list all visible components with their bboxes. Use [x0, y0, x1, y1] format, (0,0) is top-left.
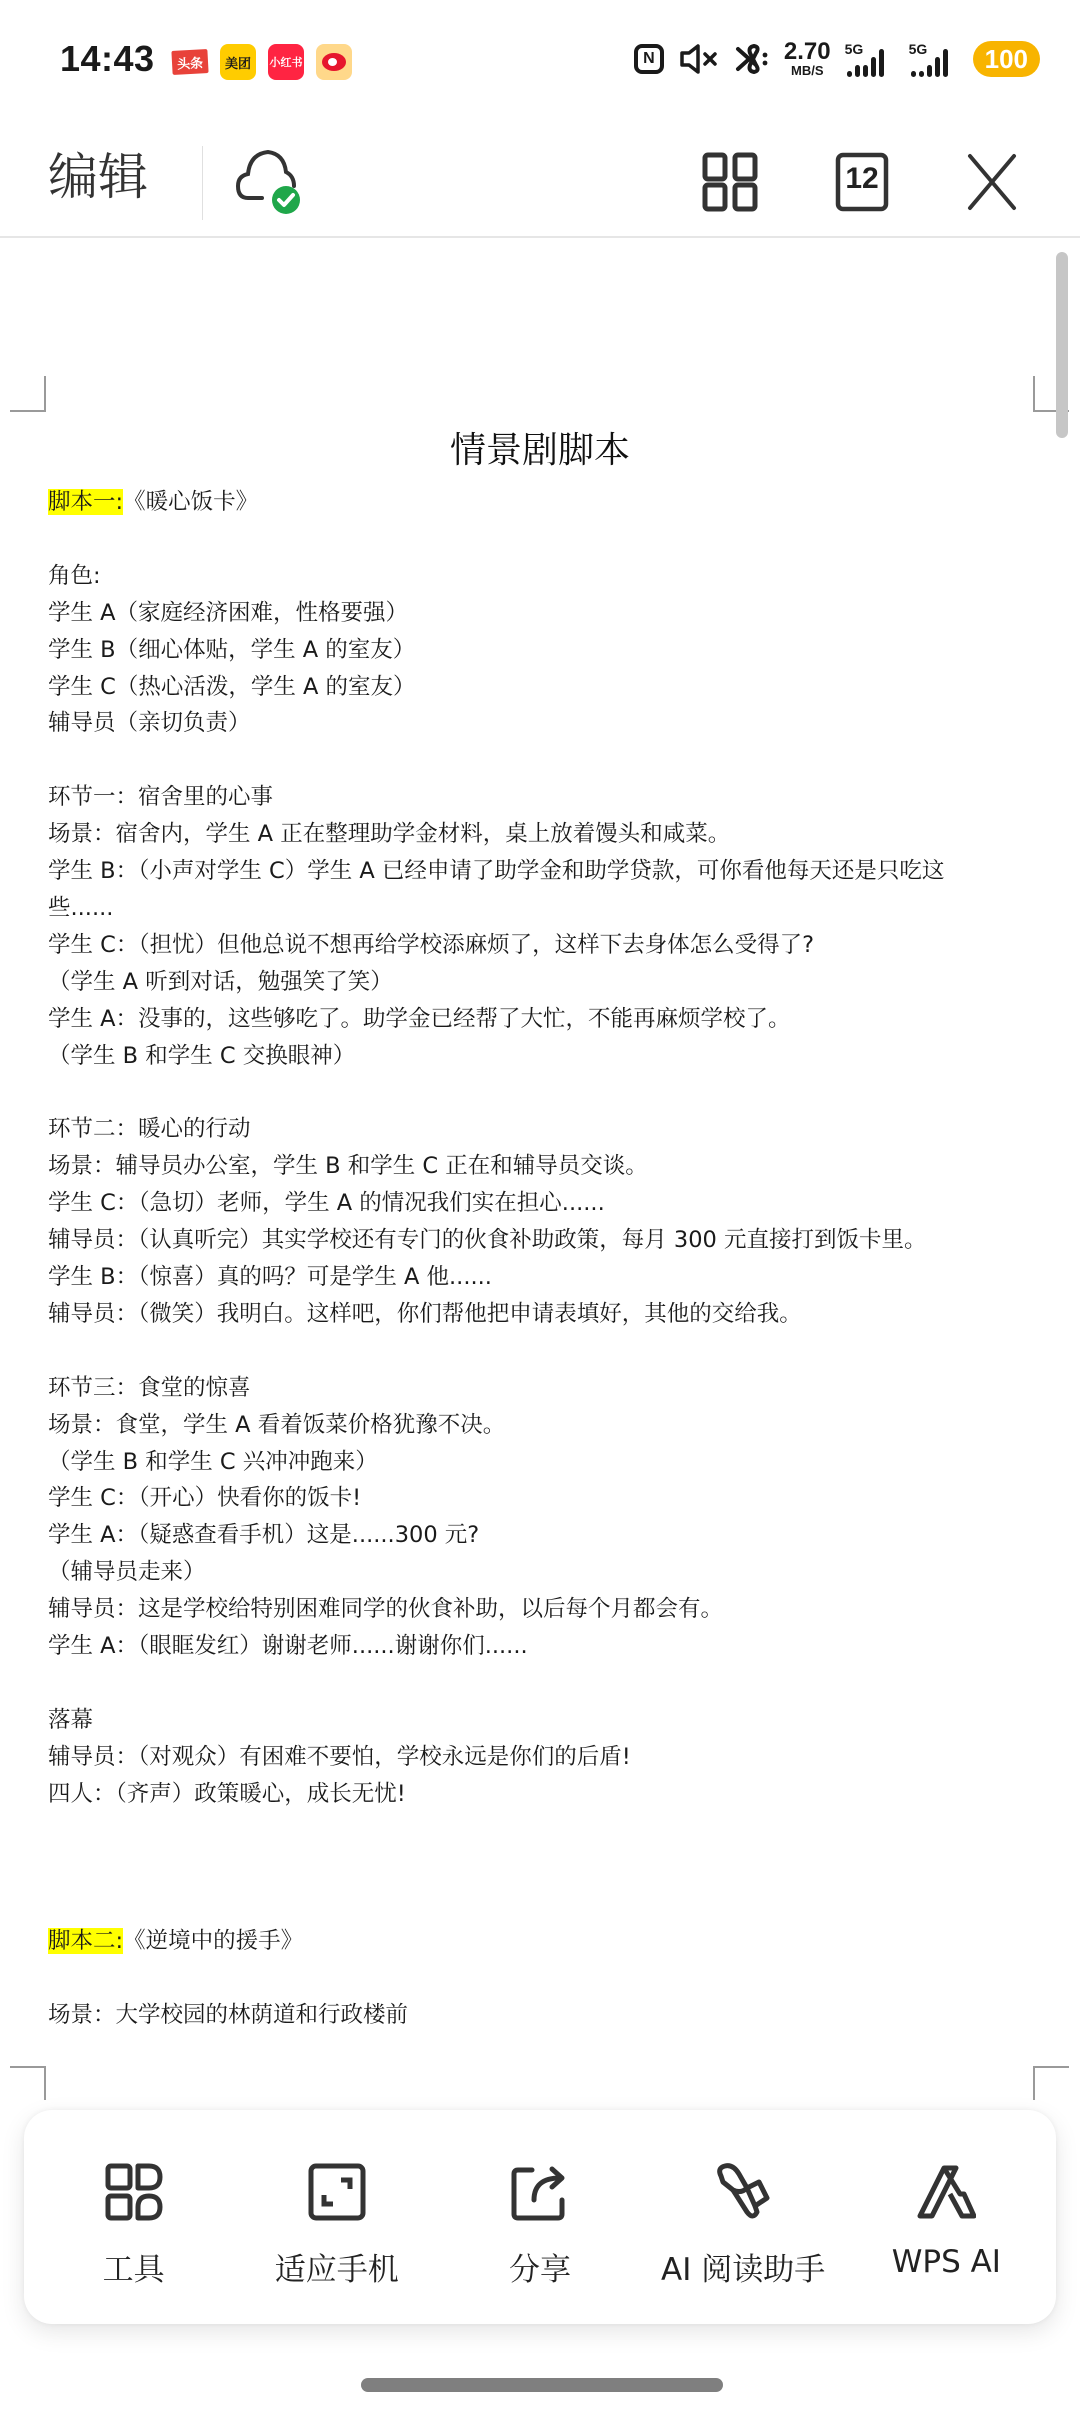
- document-line: 学生 C：（急切）老师，学生 A 的情况我们实在担心......: [48, 1185, 1038, 1222]
- document-line: [48, 742, 1038, 779]
- share-label: 分享: [509, 2244, 571, 2289]
- document-line: （学生 B 和学生 C 交换眼神）: [48, 1038, 1038, 1075]
- toolbar-divider: [202, 146, 203, 220]
- wps-ai-icon: [916, 2162, 976, 2222]
- highlighted-heading: 脚本二:: [48, 1928, 123, 1954]
- ai-reader-button[interactable]: AI 阅读助手: [643, 2110, 843, 2289]
- line-text: 环节二：暖心的行动: [48, 1116, 251, 1142]
- ai-reader-icon: [713, 2162, 773, 2222]
- line-text: 角色:: [48, 563, 101, 589]
- line-text: 四人：（齐声）政策暖心，成长无忧!: [48, 1781, 406, 1807]
- document-line: [48, 1849, 1038, 1886]
- document-line: [48, 1813, 1038, 1850]
- page-corner-mark: [1033, 2066, 1069, 2100]
- document-line: [48, 1886, 1038, 1923]
- bluetooth-icon: [734, 43, 770, 75]
- line-text: 《逆境中的援手》: [123, 1928, 303, 1954]
- highlighted-heading: 脚本一:: [48, 489, 123, 515]
- line-text: 学生 A：没事的，这些够吃了。助学金已经帮了大忙，不能再麻烦学校了。: [48, 1006, 791, 1032]
- apps-grid-icon: [104, 2162, 164, 2222]
- line-text: 辅导员：（认真听完）其实学校还有专门的伙食补助政策，每月 300 元直接打到饭卡…: [48, 1227, 927, 1253]
- vertical-scrollbar[interactable]: [1056, 252, 1068, 438]
- line-text: 《暖心饭卡》: [123, 489, 258, 515]
- line-text: 学生 C：（急切）老师，学生 A 的情况我们实在担心......: [48, 1190, 605, 1216]
- document-line: 场景：大学校园的林荫道和行政楼前: [48, 1997, 1038, 2034]
- line-text: 落幕: [48, 1707, 93, 1733]
- notification-icons: 头条 美团 小红书: [172, 44, 352, 80]
- line-text: 环节三：食堂的惊喜: [48, 1375, 251, 1401]
- document-line: 环节一：宿舍里的心事: [48, 779, 1038, 816]
- line-text: 辅导员：（对观众）有困难不要怕，学校永远是你们的后盾!: [48, 1744, 631, 1770]
- close-icon[interactable]: [962, 152, 1022, 212]
- document-line: 学生 A：（疑惑查看手机）这是......300 元?: [48, 1517, 1038, 1554]
- document-view[interactable]: 情景剧脚本 脚本一:《暖心饭卡》角色:学生 A（家庭经济困难，性格要强）学生 B…: [0, 240, 1080, 2100]
- wps-ai-label: WPS AI: [892, 2244, 1001, 2280]
- document-line: 环节二：暖心的行动: [48, 1111, 1038, 1148]
- meituan-icon: 美团: [220, 44, 256, 80]
- page-count: 12: [832, 162, 892, 196]
- document-line: 学生 C：（担忧）但他总说不想再给学校添麻烦了，这样下去身体怎么受得了?: [48, 927, 1038, 964]
- line-text: 辅导员：（微笑）我明白。这样吧，你们帮他把申请表填好，其他的交给我。: [48, 1301, 802, 1327]
- document-body: 脚本一:《暖心饭卡》角色:学生 A（家庭经济困难，性格要强）学生 B（细心体贴，…: [48, 484, 1038, 2034]
- status-time: 14:43: [60, 38, 155, 80]
- document-line: 辅导员（亲切负责）: [48, 705, 1038, 742]
- line-text: （学生 B 和学生 C 兴冲冲跑来）: [48, 1449, 378, 1475]
- document-line: 学生 C（热心活泼，学生 A 的室友）: [48, 669, 1038, 706]
- line-text: 学生 A：（眼眶发红）谢谢老师......谢谢你们......: [48, 1633, 528, 1659]
- signal-sim1-icon: 5G: [845, 41, 895, 77]
- document-title: 情景剧脚本: [0, 422, 1080, 473]
- line-text: 辅导员（亲切负责）: [48, 710, 251, 736]
- cloud-synced-icon[interactable]: [232, 148, 306, 218]
- line-text: 学生 B：（小声对学生 C）学生 A 已经申请了助学金和助学贷款，可你看他每天还…: [48, 858, 944, 884]
- line-text: 场景：大学校园的林荫道和行政楼前: [48, 2002, 408, 2028]
- document-line: 学生 B（细心体贴，学生 A 的室友）: [48, 632, 1038, 669]
- document-line: [48, 521, 1038, 558]
- signal-sim2-icon: 5G: [909, 41, 959, 77]
- line-text: 学生 A（家庭经济困难，性格要强）: [48, 600, 408, 626]
- document-line: 辅导员：（认真听完）其实学校还有专门的伙食补助政策，每月 300 元直接打到饭卡…: [48, 1222, 1038, 1259]
- grid-view-icon[interactable]: [700, 152, 760, 212]
- toutiao-icon: 头条: [171, 49, 208, 75]
- document-line: （学生 A 听到对话，勉强笑了笑）: [48, 964, 1038, 1001]
- nfc-icon: N: [634, 44, 664, 74]
- document-line: 环节三：食堂的惊喜: [48, 1370, 1038, 1407]
- page-corner-mark: [10, 376, 46, 412]
- document-line: 学生 A：没事的，这些够吃了。助学金已经帮了大忙，不能再麻烦学校了。: [48, 1001, 1038, 1038]
- page-count-button[interactable]: 12: [832, 152, 892, 212]
- document-line: 场景：辅导员办公室，学生 B 和学生 C 正在和辅导员交谈。: [48, 1148, 1038, 1185]
- line-text: （辅导员走来）: [48, 1559, 206, 1585]
- line-text: 场景：辅导员办公室，学生 B 和学生 C 正在和辅导员交谈。: [48, 1153, 648, 1179]
- line-text: 环节一：宿舍里的心事: [48, 784, 273, 810]
- line-text: （学生 B 和学生 C 交换眼神）: [48, 1043, 355, 1069]
- top-toolbar: 编辑 12: [0, 120, 1080, 238]
- fit-phone-label: 适应手机: [275, 2244, 399, 2289]
- xiaohongshu-icon: 小红书: [268, 44, 304, 80]
- document-line: [48, 1333, 1038, 1370]
- line-text: 学生 B：（惊喜）真的吗？可是学生 A 他......: [48, 1264, 492, 1290]
- document-line: （辅导员走来）: [48, 1554, 1038, 1591]
- status-bar: 14:43 头条 美团 小红书 N 2.70 MB/S 5G 5G 100: [0, 0, 1080, 120]
- network-speed: 2.70 MB/S: [784, 40, 831, 77]
- weibo-icon: [316, 44, 352, 80]
- line-text: 学生 C：（担忧）但他总说不想再给学校添麻烦了，这样下去身体怎么受得了?: [48, 932, 814, 958]
- document-line: 四人：（齐声）政策暖心，成长无忧!: [48, 1776, 1038, 1813]
- document-line: 落幕: [48, 1702, 1038, 1739]
- document-line: 脚本二:《逆境中的援手》: [48, 1923, 1038, 1960]
- tools-button[interactable]: 工具: [34, 2110, 234, 2289]
- battery-indicator: 100: [973, 41, 1040, 77]
- fit-screen-icon: [307, 2162, 367, 2222]
- line-text: 些......: [48, 895, 113, 921]
- document-line: [48, 1960, 1038, 1997]
- line-text: （学生 A 听到对话，勉强笑了笑）: [48, 969, 393, 995]
- line-text: 学生 C（热心活泼，学生 A 的室友）: [48, 674, 416, 700]
- document-line: 脚本一:《暖心饭卡》: [48, 484, 1038, 521]
- document-line: 辅导员：（对观众）有困难不要怕，学校永远是你们的后盾!: [48, 1739, 1038, 1776]
- edit-button[interactable]: 编辑: [48, 142, 148, 212]
- system-icons: N 2.70 MB/S 5G 5G 100: [634, 40, 1040, 77]
- home-indicator[interactable]: [361, 2378, 723, 2392]
- line-text: 场景：宿舍内，学生 A 正在整理助学金材料，桌上放着馒头和咸菜。: [48, 821, 730, 847]
- ai-reader-label: AI 阅读助手: [661, 2244, 825, 2289]
- page-corner-mark: [10, 2066, 46, 2100]
- bottom-action-bar: 工具 适应手机 分享 AI 阅读助手 WPS AI: [24, 2110, 1056, 2324]
- mute-icon: [678, 43, 720, 75]
- fit-phone-button[interactable]: 适应手机: [237, 2110, 437, 2289]
- document-line: 场景：食堂，学生 A 看着饭菜价格犹豫不决。: [48, 1407, 1038, 1444]
- line-text: 学生 A：（疑惑查看手机）这是......300 元?: [48, 1522, 479, 1548]
- share-icon: [510, 2162, 570, 2222]
- document-line: 辅导员：（微笑）我明白。这样吧，你们帮他把申请表填好，其他的交给我。: [48, 1296, 1038, 1333]
- document-line: 些......: [48, 890, 1038, 927]
- document-line: 场景：宿舍内，学生 A 正在整理助学金材料，桌上放着馒头和咸菜。: [48, 816, 1038, 853]
- share-button[interactable]: 分享: [440, 2110, 640, 2289]
- document-line: [48, 1665, 1038, 1702]
- document-line: 学生 C：（开心）快看你的饭卡!: [48, 1480, 1038, 1517]
- document-line: 角色:: [48, 558, 1038, 595]
- line-text: 学生 C：（开心）快看你的饭卡!: [48, 1485, 361, 1511]
- line-text: 场景：食堂，学生 A 看着饭菜价格犹豫不决。: [48, 1412, 505, 1438]
- document-line: 学生 A（家庭经济困难，性格要强）: [48, 595, 1038, 632]
- document-line: （学生 B 和学生 C 兴冲冲跑来）: [48, 1444, 1038, 1481]
- document-line: 辅导员：这是学校给特别困难同学的伙食补助，以后每个月都会有。: [48, 1591, 1038, 1628]
- document-line: 学生 B：（小声对学生 C）学生 A 已经申请了助学金和助学贷款，可你看他每天还…: [48, 853, 1038, 890]
- document-line: 学生 A：（眼眶发红）谢谢老师......谢谢你们......: [48, 1628, 1038, 1665]
- document-line: [48, 1074, 1038, 1111]
- tools-label: 工具: [103, 2244, 165, 2289]
- document-line: 学生 B：（惊喜）真的吗？可是学生 A 他......: [48, 1259, 1038, 1296]
- line-text: 辅导员：这是学校给特别困难同学的伙食补助，以后每个月都会有。: [48, 1596, 723, 1622]
- wps-ai-button[interactable]: WPS AI: [846, 2110, 1046, 2280]
- line-text: 学生 B（细心体贴，学生 A 的室友）: [48, 637, 415, 663]
